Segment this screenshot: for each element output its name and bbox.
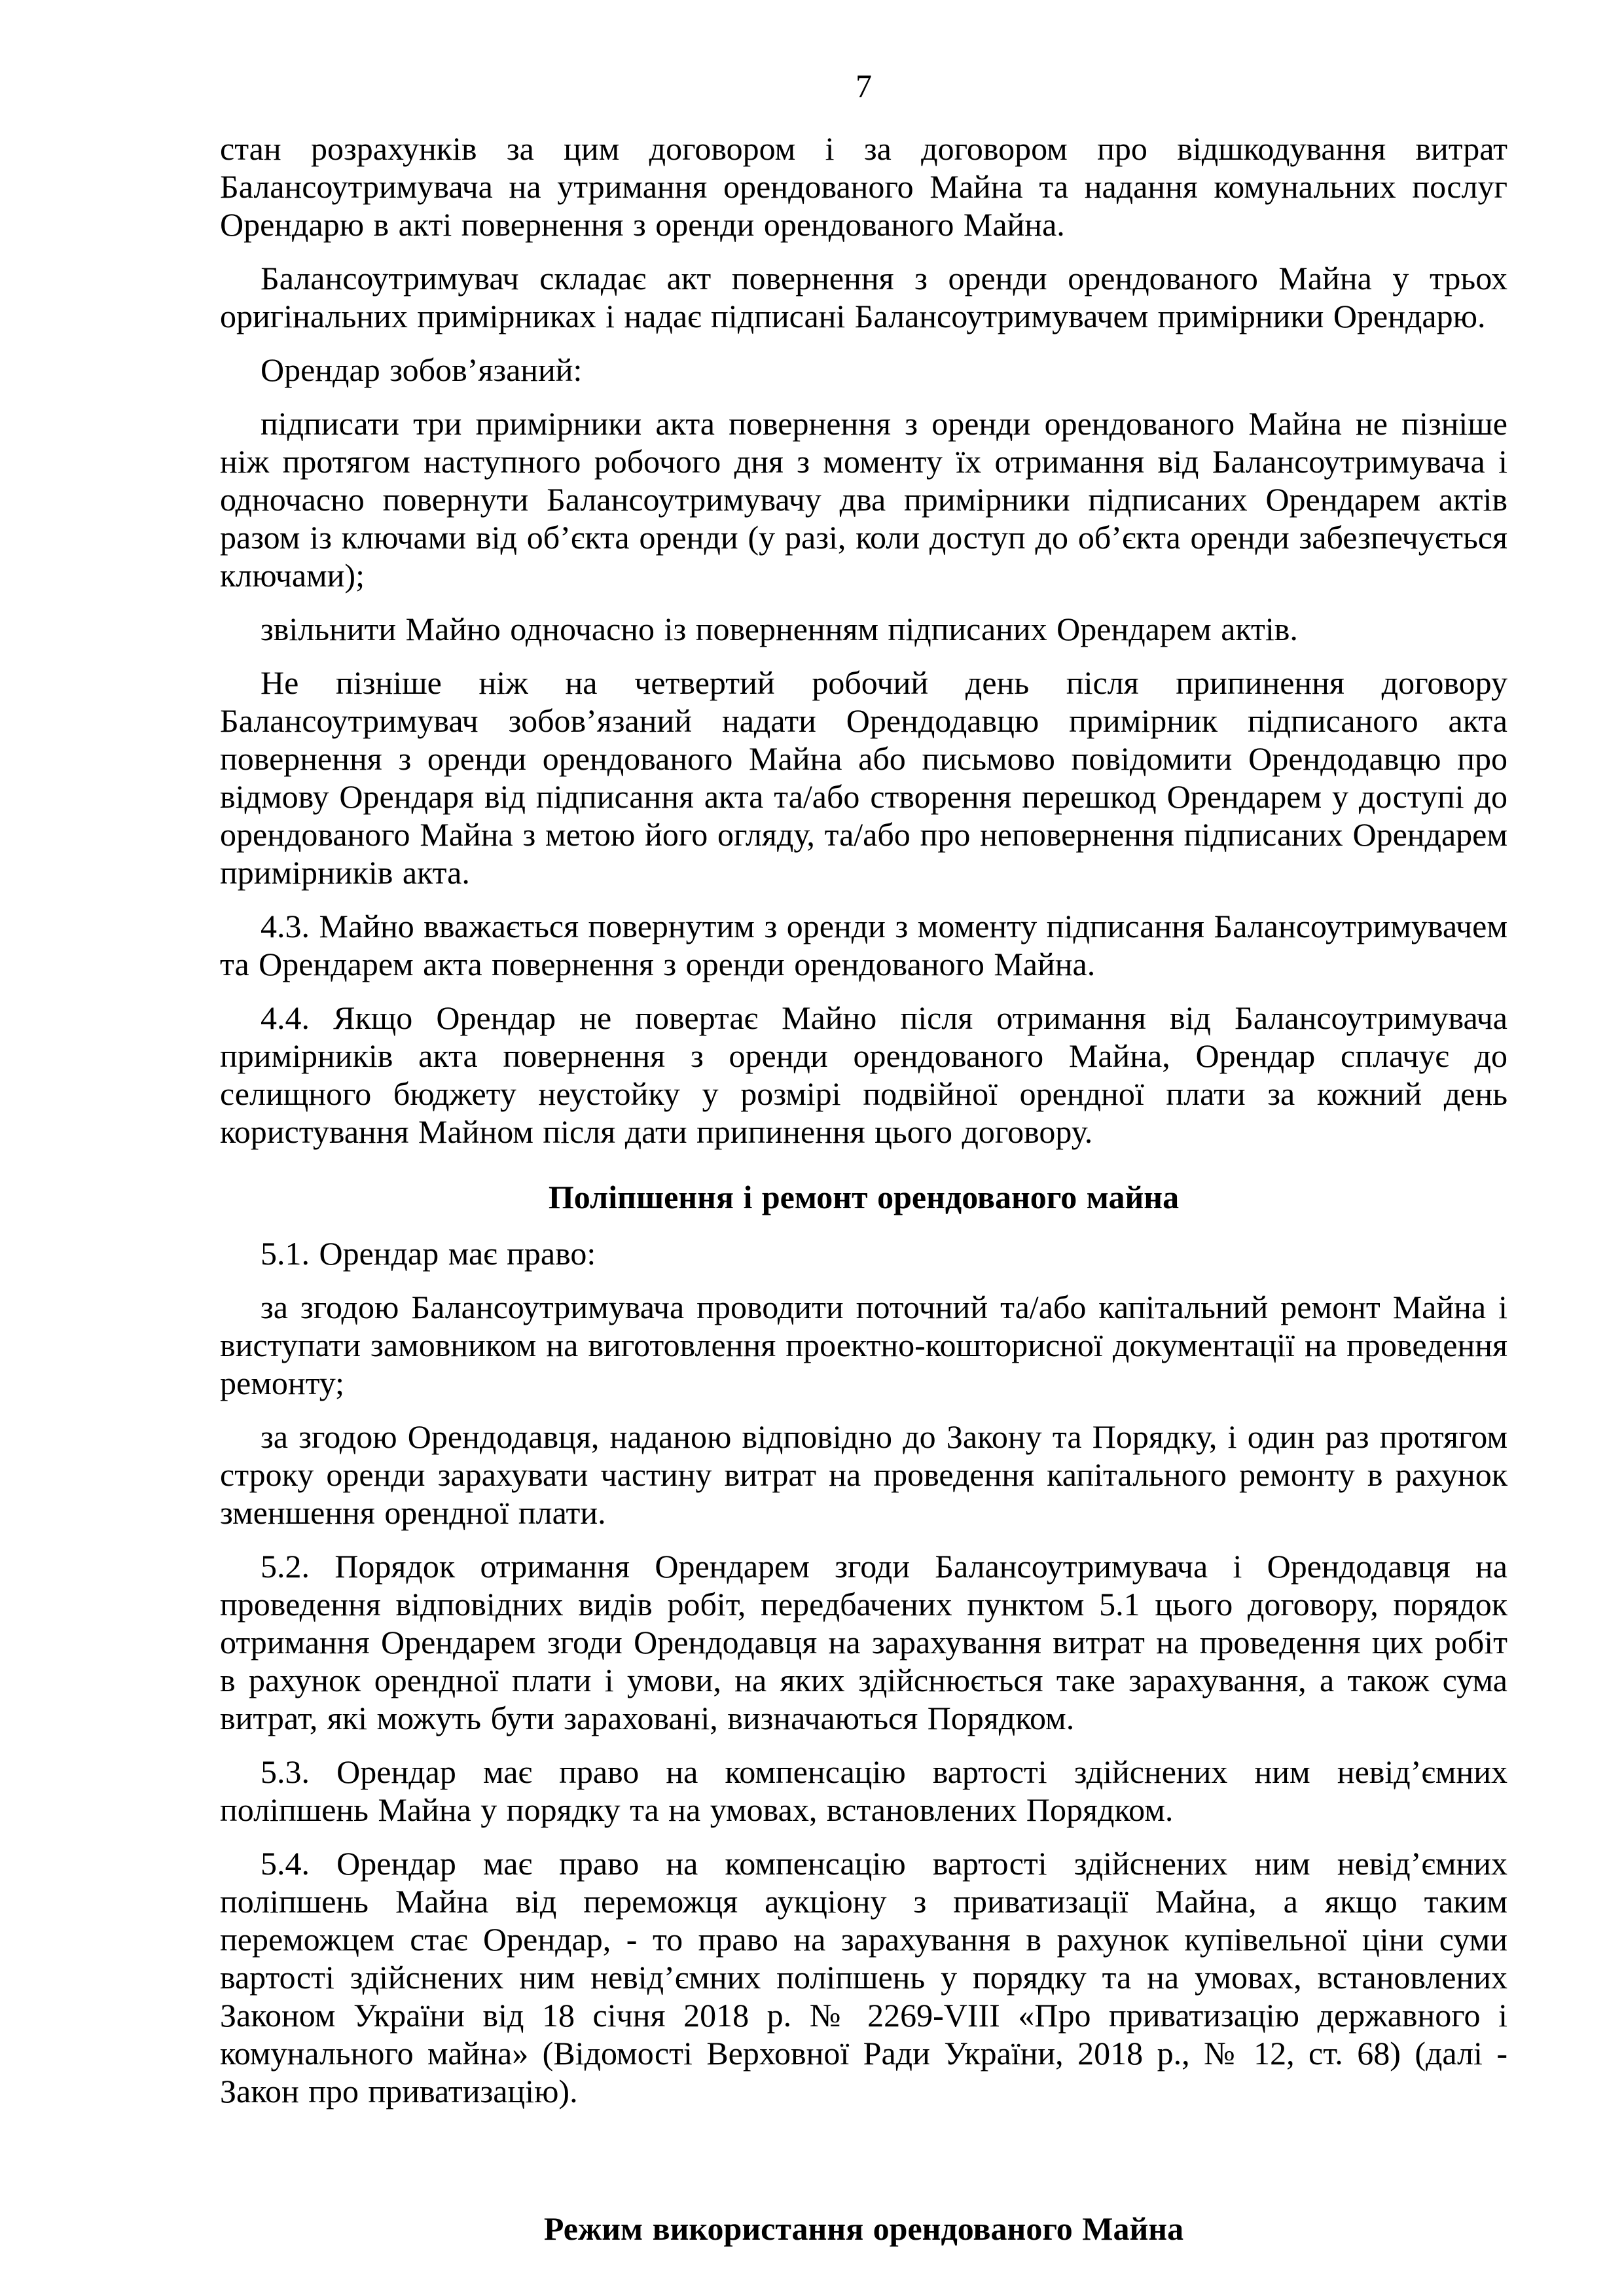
- section-heading-usage-regime: Режим використання орендованого Майна: [220, 2210, 1507, 2248]
- document-page: 7 стан розрахунків за цим договором і за…: [0, 0, 1624, 2296]
- clause-5-1: 5.1. Орендар має право:: [220, 1234, 1507, 1272]
- clause-5-2: 5.2. Порядок отримання Орендарем згоди Б…: [220, 1547, 1507, 1737]
- paragraph-settlement-status-continuation: стан розрахунків за цим договором і за д…: [220, 130, 1507, 243]
- paragraph-fourth-working-day: Не пізніше ніж на четвертий робочий день…: [220, 664, 1507, 891]
- clause-4-4: 4.4. Якщо Орендар не повертає Майно післ…: [220, 999, 1507, 1151]
- clause-5-3: 5.3. Орендар має право на компенсацію ва…: [220, 1753, 1507, 1829]
- paragraph-balance-holder-return-act: Балансоутримувач складає акт повернення …: [220, 259, 1507, 335]
- paragraph-consent-balance-holder-repair: за згодою Балансоутримувача проводити по…: [220, 1288, 1507, 1402]
- paragraph-sign-three-copies: підписати три примірники акта повернення…: [220, 404, 1507, 594]
- clause-5-4: 5.4. Орендар має право на компенсацію ва…: [220, 1844, 1507, 2110]
- clause-4-3: 4.3. Майно вважається повернутим з оренд…: [220, 907, 1507, 983]
- paragraph-vacate-property: звільнити Майно одночасно із поверненням…: [220, 610, 1507, 648]
- paragraph-consent-landlord-offset: за згодою Орендодавця, наданою відповідн…: [220, 1418, 1507, 1532]
- paragraph-tenant-obliged: Орендар зобов’язаний:: [220, 351, 1507, 389]
- page-number: 7: [220, 67, 1507, 105]
- section-heading-improvements-and-repair: Поліпшення і ремонт орендованого майна: [220, 1178, 1507, 1216]
